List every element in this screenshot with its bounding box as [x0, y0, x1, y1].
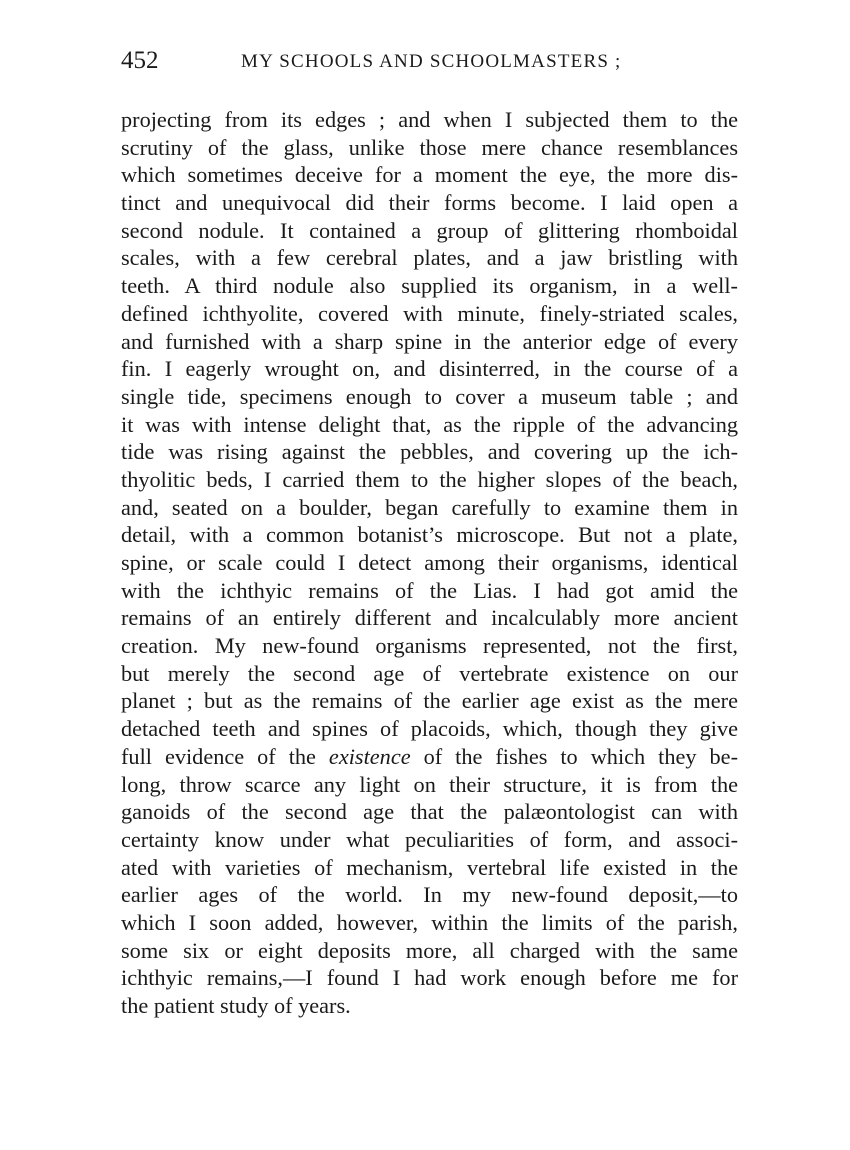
text-segment: of the fishes to which they be- — [411, 744, 738, 769]
text-line: detached teeth and spines of placoids, w… — [121, 715, 738, 743]
text-line: ichthyic remains,—I found I had work eno… — [121, 964, 738, 992]
text-line: and, seated on a boulder, began carefull… — [121, 494, 738, 522]
text-line: creation. My new-found organisms represe… — [121, 632, 738, 660]
text-line: and furnished with a sharp spine in the … — [121, 328, 738, 356]
text-line: some six or eight deposits more, all cha… — [121, 937, 738, 965]
text-line: fin. I eagerly wrought on, and disinterr… — [121, 355, 738, 383]
text-line-with-italic: full evidence of the existence of the fi… — [121, 743, 738, 771]
text-line: which sometimes deceive for a moment the… — [121, 161, 738, 189]
text-line: which I soon added, however, within the … — [121, 909, 738, 937]
text-line: tide was rising against the pebbles, and… — [121, 438, 738, 466]
text-line: with the ichthyic remains of the Lias. I… — [121, 577, 738, 605]
text-line: planet ; but as the remains of the earli… — [121, 687, 738, 715]
text-line: detail, with a common botanist’s microsc… — [121, 521, 738, 549]
italic-word: existence — [329, 744, 411, 769]
text-line: earlier ages of the world. In my new-fou… — [121, 881, 738, 909]
text-line: defined ichthyolite, covered with minute… — [121, 300, 738, 328]
text-line: certainty know under what peculiarities … — [121, 826, 738, 854]
text-line: ated with varieties of mechanism, verteb… — [121, 854, 738, 882]
page-number: 452 — [121, 44, 159, 78]
text-line: scales, with a few cerebral plates, and … — [121, 244, 738, 272]
text-line: single tide, specimens enough to cover a… — [121, 383, 738, 411]
text-line: tinct and unequivocal did their forms be… — [121, 189, 738, 217]
text-line: ganoids of the second age that the palæo… — [121, 798, 738, 826]
text-line: projecting from its edges ; and when I s… — [121, 106, 738, 134]
text-line: remains of an entirely different and inc… — [121, 604, 738, 632]
text-line: spine, or scale could I detect among the… — [121, 549, 738, 577]
text-line-final: the patient study of years. — [121, 992, 738, 1020]
text-line: it was with intense delight that, as the… — [121, 411, 738, 439]
text-line: thyolitic beds, I carried them to the hi… — [121, 466, 738, 494]
running-title: MY SCHOOLS AND SCHOOLMASTERS ; — [241, 45, 622, 79]
text-line: second nodule. It contained a group of g… — [121, 217, 738, 245]
running-head: 452 MY SCHOOLS AND SCHOOLMASTERS ; — [121, 44, 738, 78]
text-line: long, throw scarce any light on their st… — [121, 771, 738, 799]
text-line: scrutiny of the glass, unlike those mere… — [121, 134, 738, 162]
text-segment: full evidence of the — [121, 744, 329, 769]
body-paragraph: projecting from its edges ; and when I s… — [121, 106, 738, 1020]
text-line: teeth. A third nodule also supplied its … — [121, 272, 738, 300]
text-line: but merely the second age of vertebrate … — [121, 660, 738, 688]
book-page: 452 MY SCHOOLS AND SCHOOLMASTERS ; proje… — [121, 44, 738, 1020]
